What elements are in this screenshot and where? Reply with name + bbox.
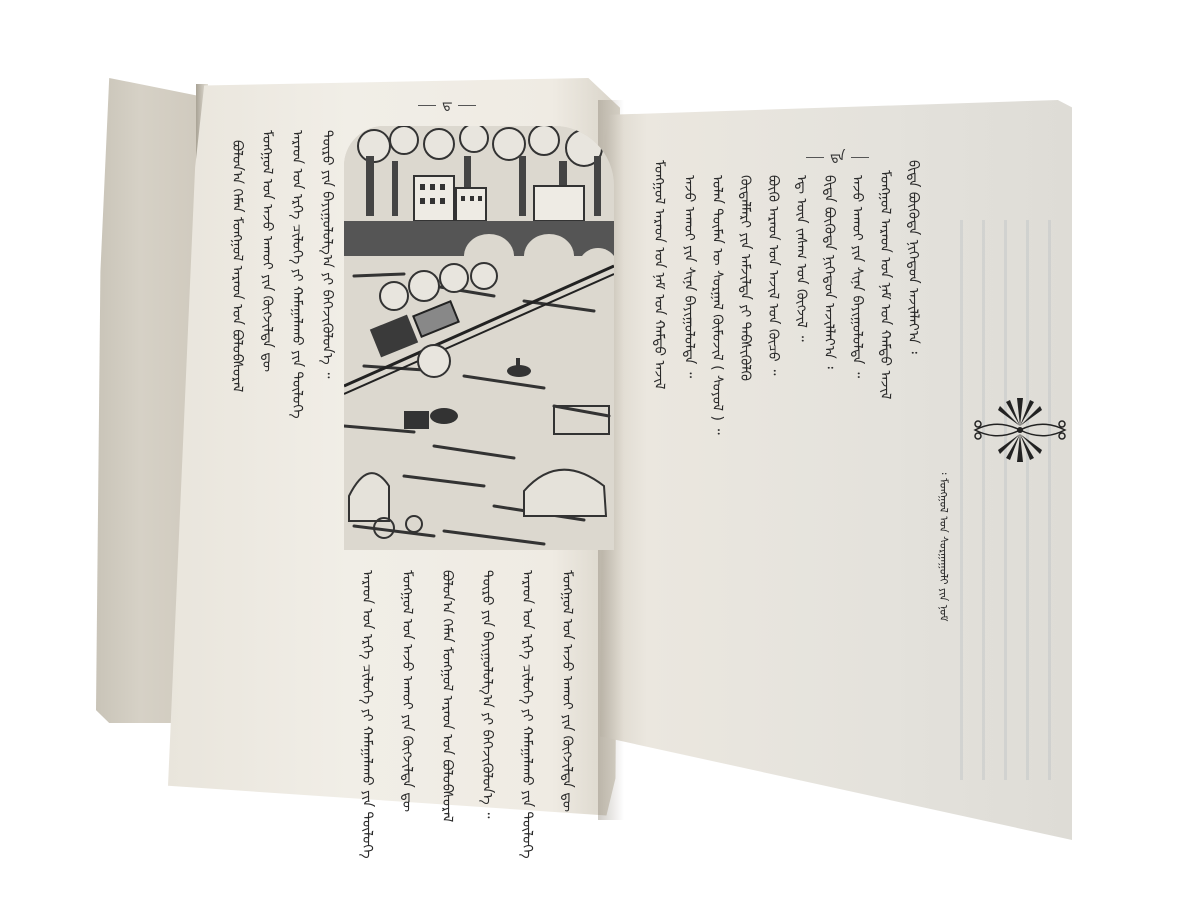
right-text-column: ᠮᠣᠩᠭᠣᠯ ᠠᠷᠠᠳ ᠤᠨ ᠨᠠᠮ ᠤᠨ ᠬᠠᠮᠲᠤ ᠠᠵᠢᠯ	[874, 170, 896, 399]
right-text-column: ᠠᠵᠤ ᠠᠬᠤᠢ ᠶᠢᠨ ᠰᠢᠨᠡ ᠪᠠᠶᠢᠭᠤᠯᠤᠯᠲᠠ ᠃	[846, 175, 868, 378]
left-text-column: ᠮᠣᠩᠭᠣᠯ ᠤᠨ ᠠᠵᠤ ᠠᠬᠤᠢ ᠶᠢᠨ ᠬᠥᠭᠵᠢᠯᠲᠡ ᠳᠦ	[556, 570, 578, 812]
right-text-column: ᠪᠦᠬᠦ ᠠᠷᠠᠳ ᠤᠨ ᠠᠵᠢᠯ ᠤᠨ ᠬᠦᠴᠦ ᠃	[762, 175, 784, 375]
right-text-column: ᠠᠵᠤ ᠠᠬᠤᠢ ᠶᠢᠨ ᠰᠢᠨᠡ ᠪᠠᠶᠢᠭᠤᠯᠤᠯᠲᠠ ᠃	[678, 175, 700, 378]
left-text-column: ᠲᠥᠷᠦ ᠶᠢᠨ ᠪᠠᠶᠢᠭᠤᠯᠤᠯᠭ᠎ᠠ ᠶᠢ ᠪᠡᠬᠡᠵᠢᠭᠦᠯᠦᠨ᠎ᠡ ᠃	[316, 130, 338, 378]
floral-ornament	[970, 390, 1070, 470]
right-footnote: ᠄ ᠮᠣᠩᠭᠣᠯ ᠤᠨ ᠰᠤᠷᠭᠠᠭᠤᠯᠢ ᠶᠢᠨ ᠨᠣᠮ	[932, 470, 954, 621]
left-text-column: ᠠᠷᠠᠳ ᠤᠨ ᠡᠷᠬᠡ ᠴᠢᠯᠥᠭᠡ ᠶᠢ ᠬᠠᠮᠠᠭᠠᠯᠠᠬᠤ ᠶᠢᠨ ᠲᠥ…	[516, 570, 538, 859]
right-text-column: ᠪᠢᠳᠡ ᠪᠦᠭᠦᠳᠡ ᠨᠢᠭᠡᠳᠦᠨ ᠠᠵᠢᠯᠯᠠᠶ᠎ᠠ ᠄	[902, 160, 924, 354]
right-page-number: ᠳᠠ	[800, 142, 875, 166]
right-text-column: ᠮᠣᠩᠭᠣᠯ ᠠᠷᠠᠳ ᠤᠨ ᠨᠠᠮ ᠤᠨ ᠬᠠᠮᠲᠤ ᠠᠵᠢᠯ	[648, 160, 670, 389]
left-text-column: ᠠᠷᠠᠳ ᠤᠨ ᠡᠷᠬᠡ ᠴᠢᠯᠥᠭᠡ ᠶᠢ ᠬᠠᠮᠠᠭᠠᠯᠠᠬᠤ ᠶᠢᠨ ᠲᠥ…	[286, 130, 308, 419]
right-text-column: ᠣᠯᠠᠨ ᠲᠦᠮᠡᠨ ᠦ ᠰᠤᠷᠭᠠᠯ ᠬᠥᠮᠦᠵᠢᠯ ( ᠰᠣᠶᠣᠯ ) ᠃	[706, 175, 728, 435]
left-text-column: ᠮᠣᠩᠭᠣᠯ ᠤᠨ ᠠᠵᠤ ᠠᠬᠤᠢ ᠶᠢᠨ ᠬᠥᠭᠵᠢᠯᠲᠡ ᠳᠦ	[396, 570, 418, 812]
ink-show-through	[960, 220, 1060, 780]
industrial-steppe-scene-icon	[344, 126, 614, 550]
woodcut-illustration	[344, 126, 614, 550]
right-text-column: ᠬᠥᠳᠡᠯᠮᠡᠷᠢ ᠶᠢᠨ ᠠᠮᠵᠢᠯᠲᠠ ᠶᠢ ᠳᠡᠪᠰᠢᠭᠦᠯᠬᠦ	[734, 175, 756, 381]
right-text-column: ᠡᠳ᠋ ᠦᠨ ᠵᠠᠰᠠᠭ ᠤᠨ ᠬᠥᠭᠵᠢᠯ ᠃	[790, 175, 812, 342]
left-text-column: ᠪᠣᠯᠤᠨ᠎ᠠ ᠬᠡᠮᠡᠨ ᠮᠣᠩᠭᠣᠯ ᠠᠷᠠᠳ ᠤᠨ ᠪᠣᠯᠣᠪᠰᠤᠷᠠᠯ	[436, 570, 458, 822]
left-text-column: ᠪᠣᠯᠤᠨ᠎ᠠ ᠬᠡᠮᠡᠨ ᠮᠣᠩᠭᠣᠯ ᠠᠷᠠᠳ ᠤᠨ ᠪᠣᠯᠣᠪᠰᠤᠷᠠᠯ	[226, 140, 248, 392]
left-page-number: ᠳ	[412, 90, 482, 114]
left-text-column: ᠮᠣᠩᠭᠣᠯ ᠤᠨ ᠠᠵᠤ ᠠᠬᠤᠢ ᠶᠢᠨ ᠬᠥᠭᠵᠢᠯᠲᠡ ᠳᠦ	[256, 130, 278, 372]
palmette-ornament-icon	[970, 390, 1070, 470]
left-text-column: ᠠᠷᠠᠳ ᠤᠨ ᠡᠷᠬᠡ ᠴᠢᠯᠥᠭᠡ ᠶᠢ ᠬᠠᠮᠠᠭᠠᠯᠠᠬᠤ ᠶᠢᠨ ᠲᠥ…	[356, 570, 378, 859]
left-text-column: ᠲᠥᠷᠦ ᠶᠢᠨ ᠪᠠᠶᠢᠭᠤᠯᠤᠯᠭ᠎ᠠ ᠶᠢ ᠪᠡᠬᠡᠵᠢᠭᠦᠯᠦᠨ᠎ᠡ ᠃	[476, 570, 498, 818]
right-text-column: ᠪᠢᠳᠡ ᠪᠦᠭᠦᠳᠡ ᠨᠢᠭᠡᠳᠦᠨ ᠠᠵᠢᠯᠯᠠᠶ᠎ᠠ ᠄	[818, 175, 840, 369]
